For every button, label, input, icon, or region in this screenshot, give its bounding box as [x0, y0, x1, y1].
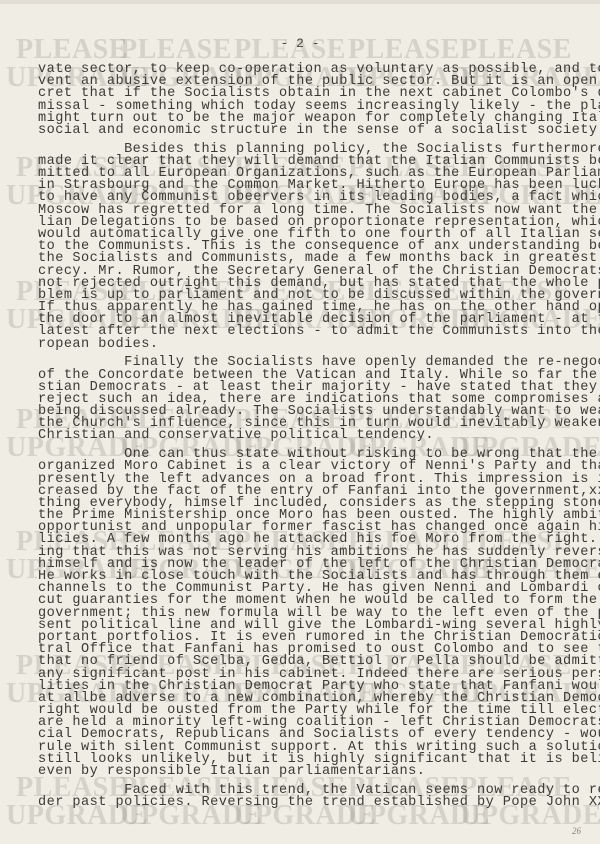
text-line: ropean bodies.	[38, 339, 598, 351]
paragraph-p1: vate sector, to keep co-operation as vol…	[38, 64, 598, 137]
page-edge	[0, 0, 600, 4]
text-line: social and economic structure in the sen…	[38, 125, 598, 137]
text-line: even by responsible Italian parliamentar…	[38, 766, 598, 778]
typewritten-body: vate sector, to keep co-operation as vol…	[38, 64, 598, 809]
page-number: - 2 -	[0, 36, 600, 51]
folio-mark: 26	[572, 826, 581, 836]
text-line: der past policies. Reversing the trend e…	[38, 797, 598, 809]
paragraph-p5: Faced with this trend, the Vatican seems…	[38, 785, 598, 809]
paragraph-p4: One can thus state without risking to be…	[38, 449, 598, 778]
text-line: Christian and conservative political ten…	[38, 430, 598, 442]
paragraph-p3: Finally the Socialists have openly deman…	[38, 357, 598, 442]
paragraph-p2: Besides this planning policy, the Social…	[38, 144, 598, 351]
document-page: PLEASEPLEASEPLEASEPLEASEPLEASEUPGRADEUPG…	[0, 0, 600, 844]
